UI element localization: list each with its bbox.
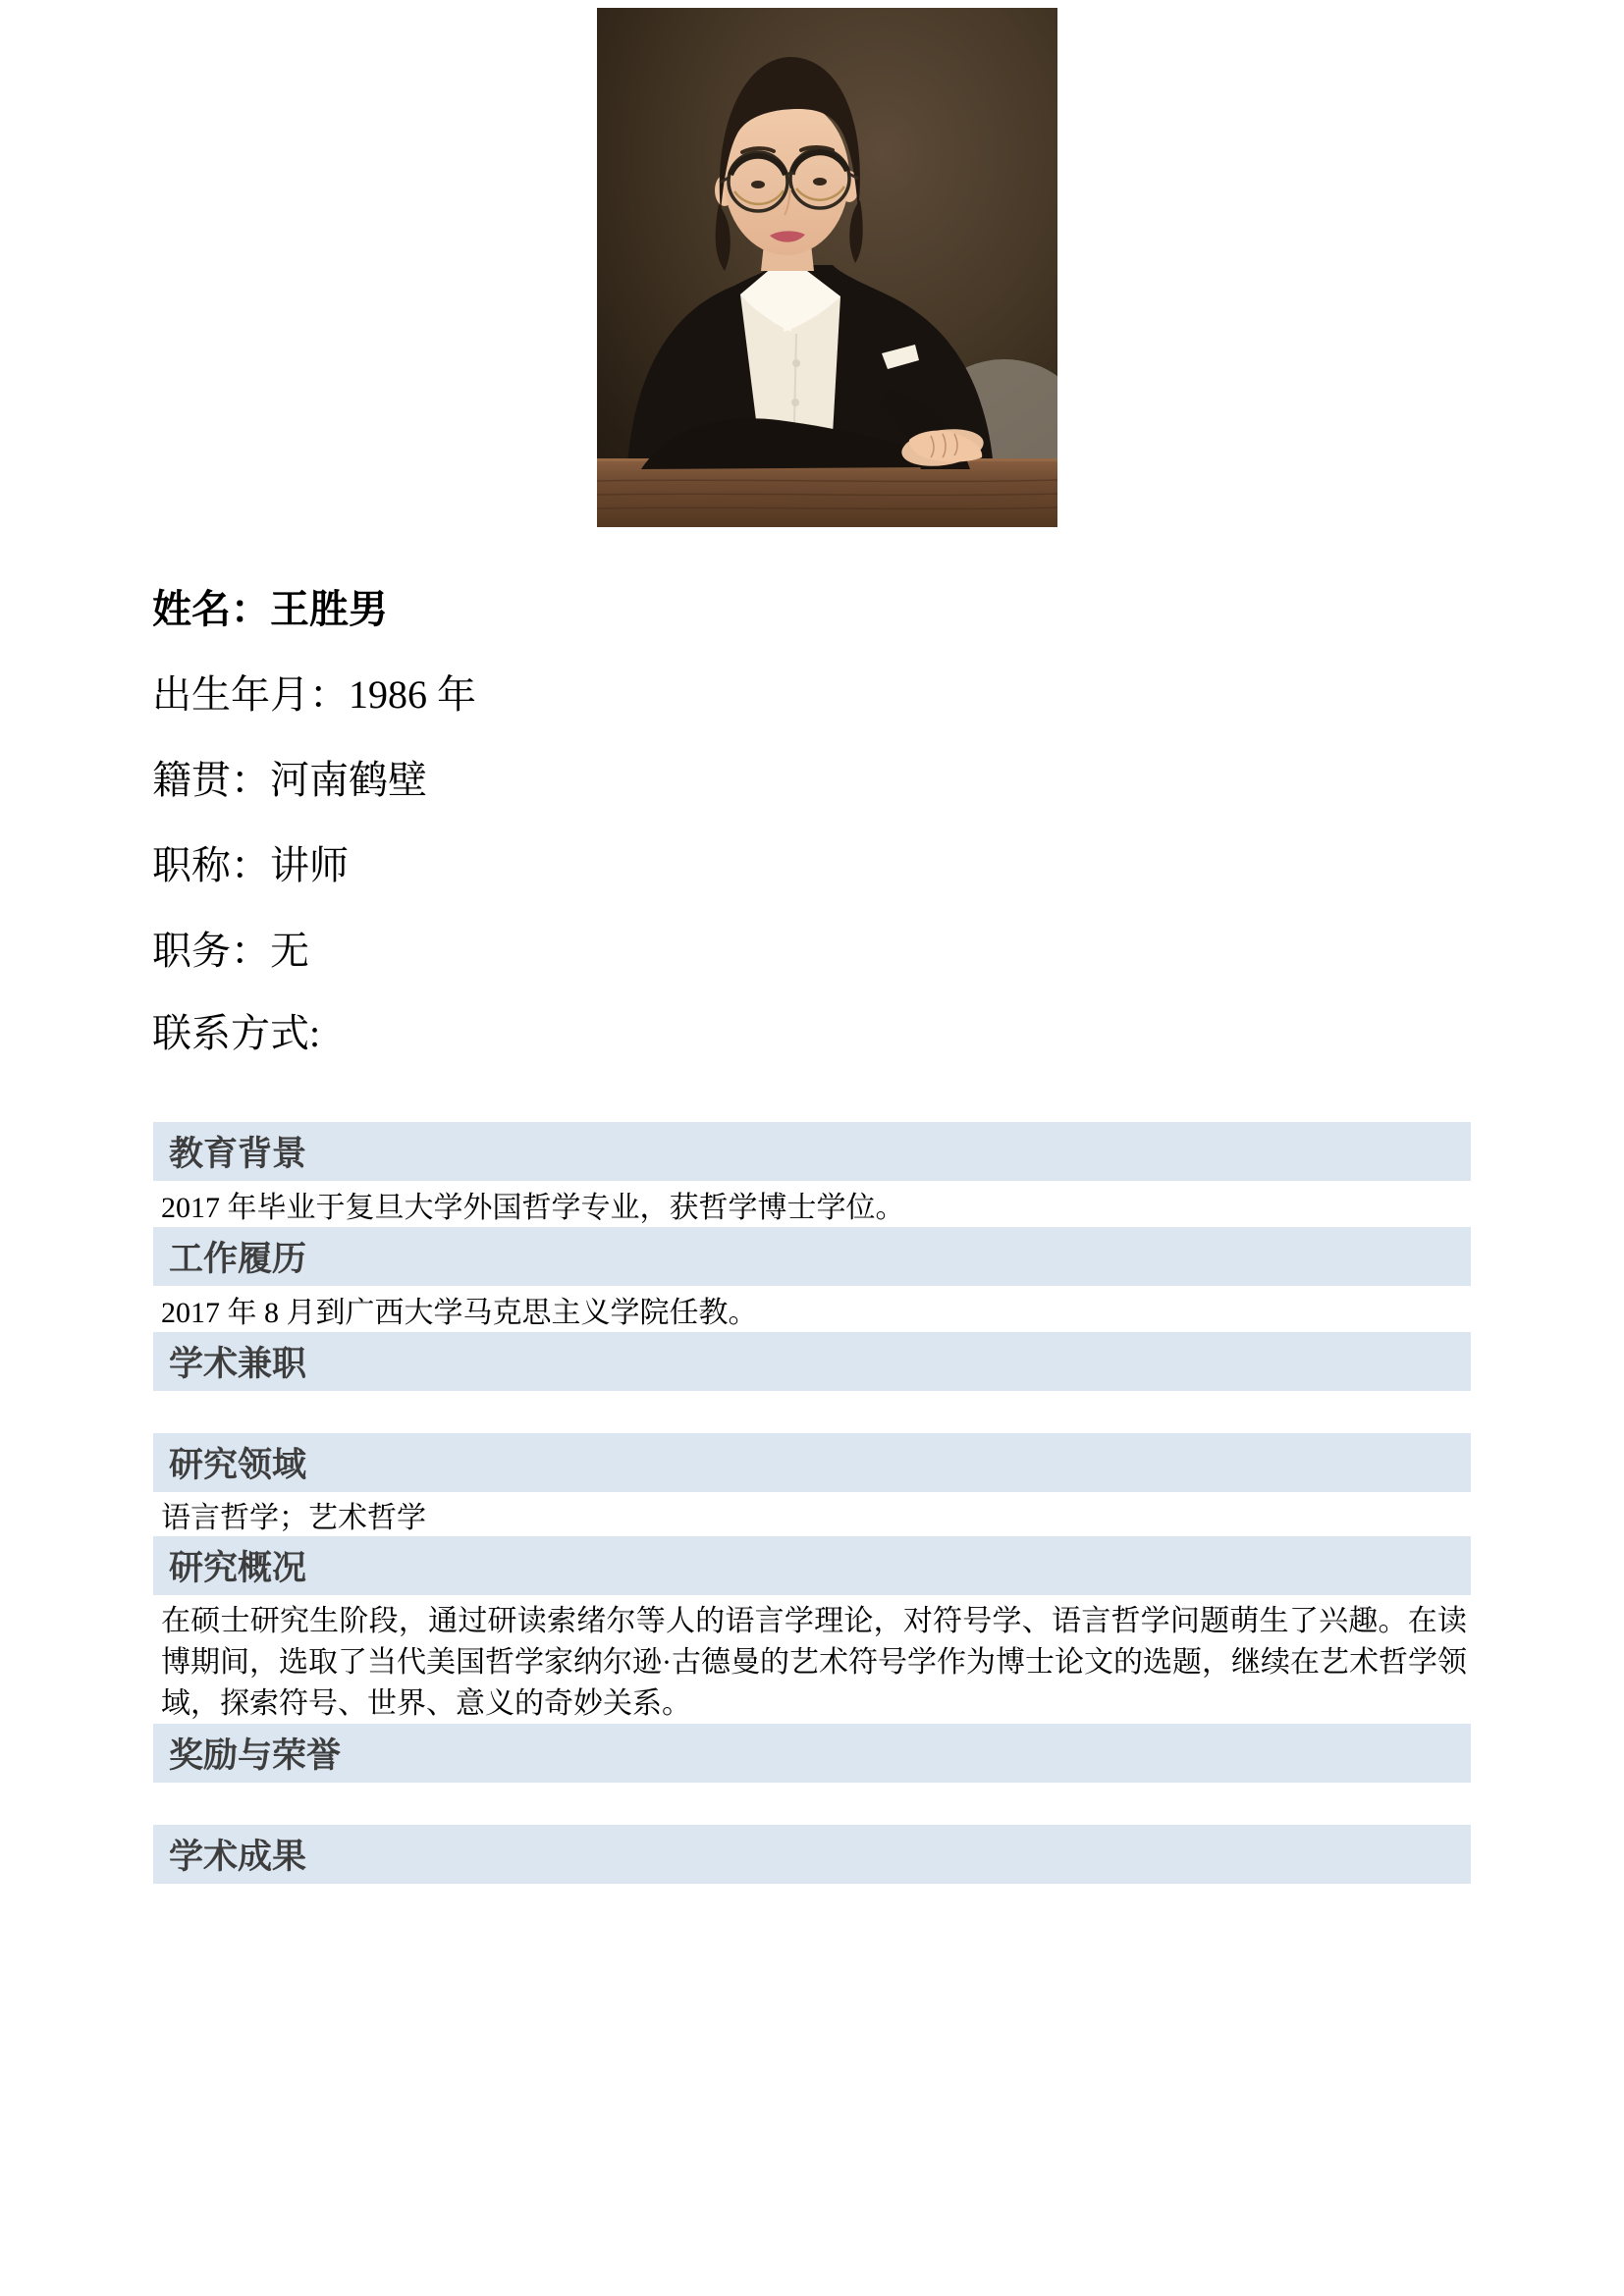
section-text: 2017 年毕业于复旦大学外国哲学专业，获哲学博士学位。 — [161, 1183, 905, 1226]
field-value: 1986 年 — [349, 672, 476, 717]
section-body-education: 2017 年毕业于复旦大学外国哲学专业，获哲学博士学位。 — [153, 1181, 1471, 1227]
field-label: 籍贯： — [152, 758, 270, 802]
section-title: 学术成果 — [169, 1830, 306, 1879]
section-title: 研究概况 — [169, 1541, 306, 1590]
field-value: 河南鹤壁 — [270, 758, 427, 802]
field-value: 无 — [270, 929, 309, 973]
field-label: 出生年月： — [152, 672, 349, 717]
section-body-awards — [153, 1783, 1471, 1825]
section-header-academic-posts: 学术兼职 — [153, 1332, 1471, 1391]
portrait-illustration — [597, 8, 1057, 527]
field-label: 职务： — [152, 929, 270, 973]
section-body-academic-posts — [153, 1391, 1471, 1433]
section-title: 研究领域 — [169, 1438, 306, 1487]
section-body-research-fields: 语言哲学；艺术哲学 — [153, 1492, 1471, 1536]
section-title: 工作履历 — [169, 1232, 306, 1281]
sections: 教育背景 2017 年毕业于复旦大学外国哲学专业，获哲学博士学位。 工作履历 2… — [153, 1122, 1471, 1884]
field-label: 职称： — [152, 843, 270, 887]
field-label: 姓名： — [152, 587, 270, 631]
profile-field-title: 职称：讲师 — [152, 841, 349, 890]
section-title: 教育背景 — [169, 1127, 306, 1176]
portrait-photo — [597, 8, 1057, 527]
section-header-awards: 奖励与荣誉 — [153, 1724, 1471, 1783]
section-header-academic-achievements: 学术成果 — [153, 1825, 1471, 1884]
section-title: 学术兼职 — [169, 1337, 306, 1386]
profile-field-birth: 出生年月：1986 年 — [152, 670, 476, 720]
section-header-work-history: 工作履历 — [153, 1227, 1471, 1286]
section-text: 2017 年 8 月到广西大学马克思主义学院任教。 — [161, 1288, 758, 1331]
profile-field-contact: 联系方式: — [152, 1009, 320, 1058]
profile-field-hometown: 籍贯：河南鹤壁 — [152, 756, 427, 805]
section-body-research-overview: 在硕士研究生阶段，通过研读索绪尔等人的语言学理论，对符号学、语言哲学问题萌生了兴… — [153, 1595, 1471, 1724]
profile-field-position: 职务：无 — [152, 927, 309, 976]
resume-page: 姓名：王胜男 出生年月：1986 年 籍贯：河南鹤壁 职称：讲师 职务：无 联系… — [0, 0, 1624, 2296]
section-text: 在硕士研究生阶段，通过研读索绪尔等人的语言学理论，对符号学、语言哲学问题萌生了兴… — [161, 1605, 1467, 1720]
section-text: 语言哲学；艺术哲学 — [161, 1493, 426, 1536]
section-body-work-history: 2017 年 8 月到广西大学马克思主义学院任教。 — [153, 1286, 1471, 1332]
profile-field-name: 姓名：王胜男 — [152, 585, 388, 634]
section-header-research-overview: 研究概况 — [153, 1536, 1471, 1595]
section-title: 奖励与荣誉 — [169, 1729, 341, 1778]
field-value: 王胜男 — [270, 587, 388, 631]
section-header-education: 教育背景 — [153, 1122, 1471, 1181]
section-header-research-fields: 研究领域 — [153, 1433, 1471, 1492]
field-label: 联系方式: — [152, 1011, 320, 1055]
field-value: 讲师 — [270, 843, 349, 887]
